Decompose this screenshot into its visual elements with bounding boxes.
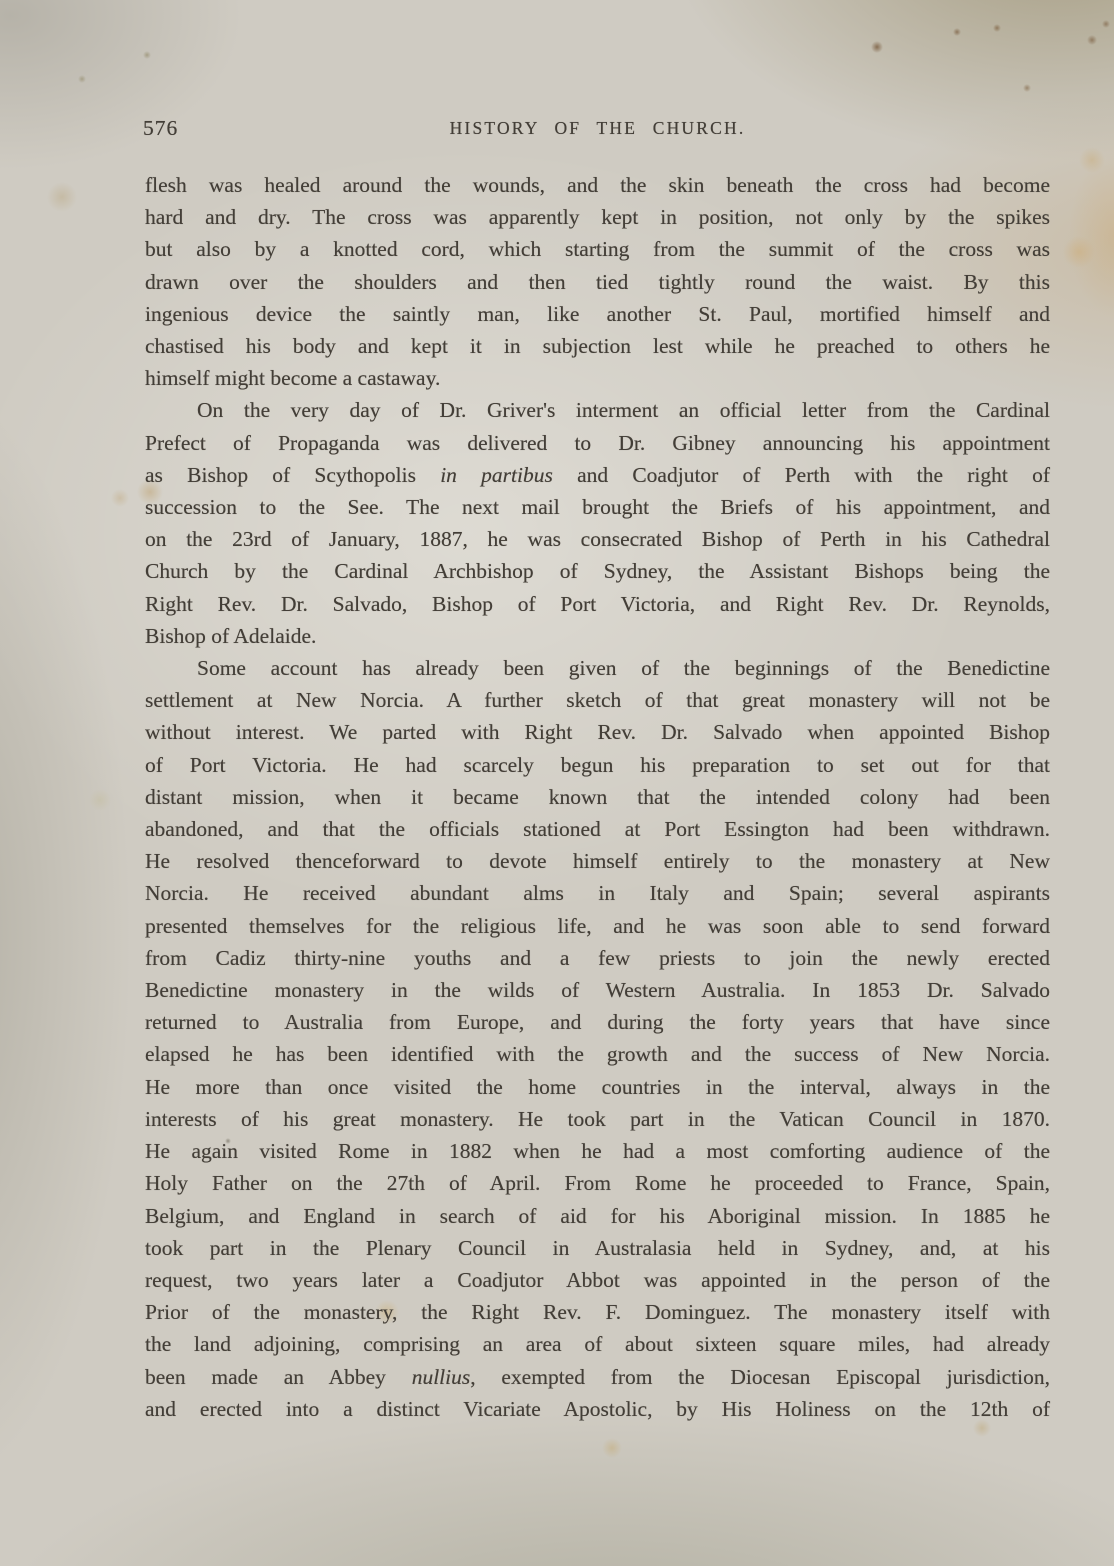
text-segment: and Coadjutor of Perth with the right of bbox=[553, 463, 1050, 487]
page-header: 576 HISTORY OF THE CHURCH. bbox=[145, 116, 1050, 142]
text-line: interests of his great monastery. He too… bbox=[145, 1103, 1050, 1135]
text-line: He more than once visited the home count… bbox=[145, 1071, 1050, 1103]
text-line: been made an Abbey nullius, exempted fro… bbox=[145, 1361, 1050, 1393]
text-line: He resolved thenceforward to devote hims… bbox=[145, 845, 1050, 877]
text-line: drawn over the shoulders and then tied t… bbox=[145, 266, 1050, 298]
italic-text: nullius bbox=[412, 1365, 471, 1389]
text-line: returned to Australia from Europe, and d… bbox=[145, 1006, 1050, 1038]
text-line: Some account has already been given of t… bbox=[145, 652, 1050, 684]
text-line: Prior of the monastery, the Right Rev. F… bbox=[145, 1296, 1050, 1328]
text-line: Church by the Cardinal Archbishop of Syd… bbox=[145, 555, 1050, 587]
text-line: Prefect of Propaganda was delivered to D… bbox=[145, 427, 1050, 459]
page-number: 576 bbox=[143, 116, 178, 141]
italic-text: in partibus bbox=[440, 463, 553, 487]
text-line: abandoned, and that the officials statio… bbox=[145, 813, 1050, 845]
text-line: himself might become a castaway. bbox=[145, 362, 1050, 394]
text-line: elapsed he has been identified with the … bbox=[145, 1038, 1050, 1070]
text-segment: , exempted from the Diocesan Episcopal j… bbox=[470, 1365, 1050, 1389]
text-line: without interest. We parted with Right R… bbox=[145, 716, 1050, 748]
text-line: request, two years later a Coadjutor Abb… bbox=[145, 1264, 1050, 1296]
text-line: He again visited Rome in 1882 when he ha… bbox=[145, 1135, 1050, 1167]
text-line: hard and dry. The cross was apparently k… bbox=[145, 201, 1050, 233]
text-line: succession to the See. The next mail bro… bbox=[145, 491, 1050, 523]
text-line: Right Rev. Dr. Salvado, Bishop of Port V… bbox=[145, 588, 1050, 620]
text-block: flesh was healed around the wounds, and … bbox=[145, 169, 1050, 1425]
text-line: Belgium, and England in search of aid fo… bbox=[145, 1200, 1050, 1232]
text-line: as Bishop of Scythopolis in partibus and… bbox=[145, 459, 1050, 491]
text-line: chastised his body and kept it in subjec… bbox=[145, 330, 1050, 362]
text-line: settlement at New Norcia. A further sket… bbox=[145, 684, 1050, 716]
text-line: Holy Father on the 27th of April. From R… bbox=[145, 1167, 1050, 1199]
text-line: distant mission, when it became known th… bbox=[145, 781, 1050, 813]
text-line: but also by a knotted cord, which starti… bbox=[145, 233, 1050, 265]
text-line: the land adjoining, comprising an area o… bbox=[145, 1328, 1050, 1360]
text-segment: as Bishop of Scythopolis bbox=[145, 463, 440, 487]
text-line: ingenious device the saintly man, like a… bbox=[145, 298, 1050, 330]
paragraph-3: Some account has already been given of t… bbox=[145, 652, 1050, 1425]
text-line: took part in the Plenary Council in Aust… bbox=[145, 1232, 1050, 1264]
text-line: Bishop of Adelaide. bbox=[145, 620, 1050, 652]
text-line: flesh was healed around the wounds, and … bbox=[145, 169, 1050, 201]
text-line: Benedictine monastery in the wilds of We… bbox=[145, 974, 1050, 1006]
text-segment: been made an Abbey bbox=[145, 1365, 412, 1389]
text-line: presented themselves for the religious l… bbox=[145, 910, 1050, 942]
paragraph-2: On the very day of Dr. Griver's intermen… bbox=[145, 394, 1050, 652]
paragraph-1: flesh was healed around the wounds, and … bbox=[145, 169, 1050, 394]
running-header-title: HISTORY OF THE CHURCH. bbox=[450, 116, 746, 139]
book-page-scan: 576 HISTORY OF THE CHURCH. flesh was hea… bbox=[0, 0, 1114, 1566]
text-line: On the very day of Dr. Griver's intermen… bbox=[145, 394, 1050, 426]
text-line: of Port Victoria. He had scarcely begun … bbox=[145, 749, 1050, 781]
text-line: from Cadiz thirty-nine youths and a few … bbox=[145, 942, 1050, 974]
text-line: Norcia. He received abundant alms in Ita… bbox=[145, 877, 1050, 909]
text-line: and erected into a distinct Vicariate Ap… bbox=[145, 1393, 1050, 1425]
text-line: on the 23rd of January, 1887, he was con… bbox=[145, 523, 1050, 555]
